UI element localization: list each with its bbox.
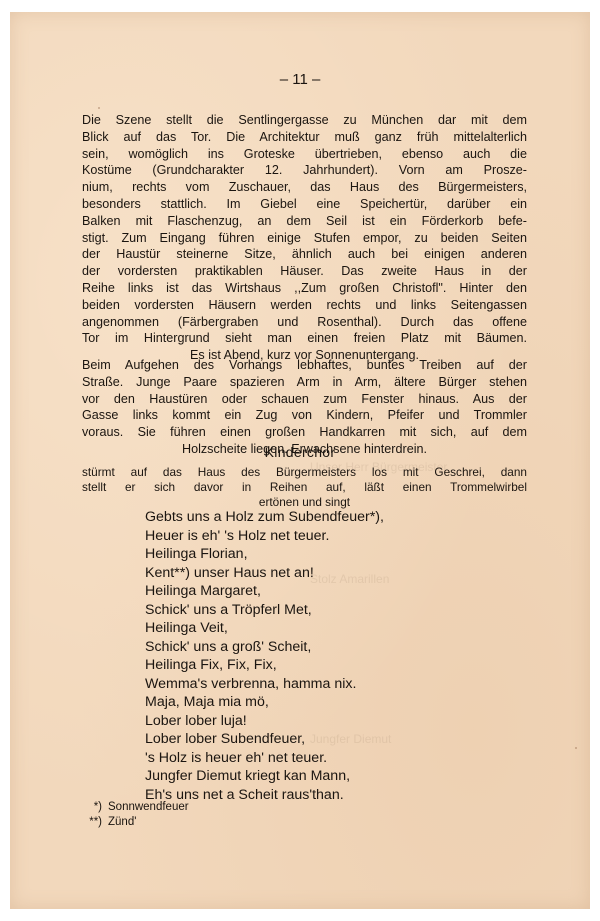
song-line: Schick' uns a Tröpferl Met,	[145, 601, 384, 620]
footnote-text: Zünd'	[108, 816, 136, 828]
footnote-mark: *)	[78, 800, 102, 815]
text-line: nium, rechts vom Zuschauer, das Haus des…	[82, 179, 527, 196]
text-line: Die Szene stellt die Sentlingergasse zu …	[82, 112, 527, 129]
text-line: der vordersten praktikablen Häuser. Das …	[82, 263, 527, 280]
song-line: Lober lober luja!	[145, 712, 384, 731]
text-line: Tor im Hintergrund sieht man einen freie…	[82, 330, 527, 347]
chorus-stage-direction: stürmt auf das Haus des Bürgermeisters l…	[82, 465, 527, 510]
text-line: beiden vordersten Häusern werden rechts …	[82, 297, 527, 314]
footnote: **)Zünd'	[78, 815, 189, 830]
text-line: besonders stattlich. Im Giebel eine Spei…	[82, 196, 527, 213]
text-line: der Haustür steinerne Sitze, ähnlich auc…	[82, 246, 527, 263]
text-line: Straße. Junge Paare spazieren Arm in Arm…	[82, 374, 527, 391]
chorus-title: Kinderchor	[10, 444, 590, 460]
song-line: Wemma's verbrenna, hamma nix.	[145, 675, 384, 694]
text-line: stigt. Zum Eingang führen einige Stufen …	[82, 230, 527, 247]
paper-speck	[575, 747, 577, 749]
text-line: angenommen (Färbergraben und Rosenthal).…	[82, 314, 527, 331]
song-line: Heilinga Fix, Fix, Fix,	[145, 656, 384, 675]
footnotes: *)Sonnwendfeuer**)Zünd'	[78, 800, 189, 830]
text-line: Beim Aufgehen des Vorhangs lebhaftes, bu…	[82, 357, 527, 374]
opening-action-lines: Beim Aufgehen des Vorhangs lebhaftes, bu…	[82, 357, 527, 441]
song-line: Schick' uns a groß' Scheit,	[145, 638, 384, 657]
song-line: Heuer is eh' 's Holz net teuer.	[145, 527, 384, 546]
text-line: Balken mit Flaschenzug, an dem Seil ist …	[82, 213, 527, 230]
song-line: Heilinga Veit,	[145, 619, 384, 638]
text-line: vor den Haustüren oder schauen zum Fenst…	[82, 391, 527, 408]
chorus-direction-lines: stürmt auf das Haus des Bürgermeisters l…	[82, 465, 527, 495]
song-line: Lober lober Subendfeuer,	[145, 730, 384, 749]
footnote-mark: **)	[78, 815, 102, 830]
song-line: Kent**) unser Haus net an!	[145, 564, 384, 583]
footnote-text: Sonnwendfeuer	[108, 801, 189, 813]
opening-action-paragraph: Beim Aufgehen des Vorhangs lebhaftes, bu…	[82, 357, 527, 458]
page-number: – 11 –	[10, 71, 590, 88]
text-line: sein, womöglich ins Groteske übertrieben…	[82, 146, 527, 163]
paper-speck	[98, 107, 100, 109]
song-lyrics: Gebts uns a Holz zum Subendfeuer*),Heuer…	[145, 508, 384, 804]
book-page: Unser Herr Bürgermeister Stolz Amarillen…	[10, 12, 590, 909]
song-line: Maja, Maja mia mö,	[145, 693, 384, 712]
footnote: *)Sonnwendfeuer	[78, 800, 189, 815]
song-line: Heilinga Margaret,	[145, 582, 384, 601]
song-line: Heilinga Florian,	[145, 545, 384, 564]
text-line: Kostüme (Grundcharakter 12. Jahrhundert)…	[82, 162, 527, 179]
stage-direction-paragraph: Die Szene stellt die Sentlingergasse zu …	[82, 112, 527, 364]
stage-direction-lines: Die Szene stellt die Sentlingergasse zu …	[82, 112, 527, 347]
song-line: 's Holz is heuer eh' net teuer.	[145, 749, 384, 768]
song-line: Gebts uns a Holz zum Subendfeuer*),	[145, 508, 384, 527]
text-line: stürmt auf das Haus des Bürgermeisters l…	[82, 465, 527, 480]
song-line: Jungfer Diemut kriegt kan Mann,	[145, 767, 384, 786]
text-line: Blick auf das Tor. Die Architektur muß g…	[82, 129, 527, 146]
text-line: Gasse links kommt ein Zug von Kindern, P…	[82, 407, 527, 424]
text-line: voraus. Sie führen einen großen Handkarr…	[82, 424, 527, 441]
text-line: stellt er sich davor in Reihen auf, läßt…	[82, 480, 527, 495]
text-line: Reihe links ist das Wirtshaus ,,Zum groß…	[82, 280, 527, 297]
